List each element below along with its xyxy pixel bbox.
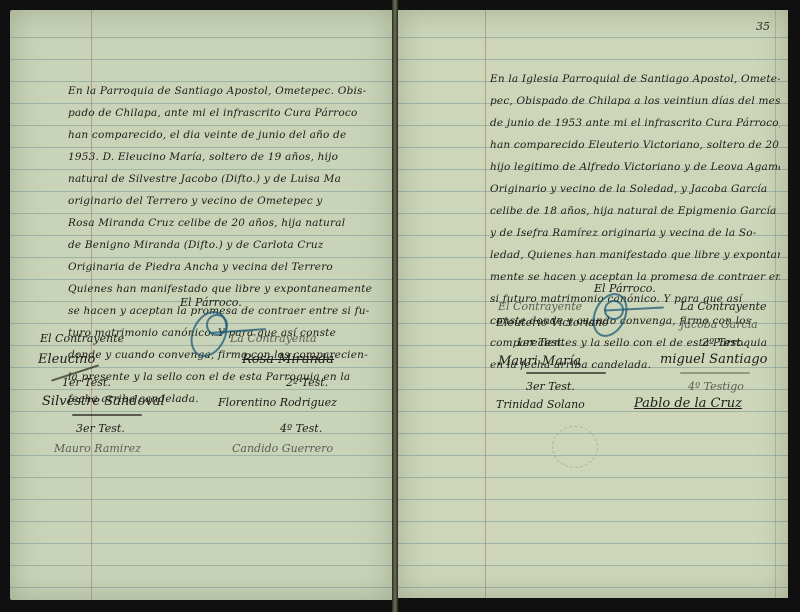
text-line: natural de Silvestre Jacobo (Difto.) y d… xyxy=(68,168,390,190)
margin-line xyxy=(485,10,486,598)
contrayenta-signature: Rosa Miranda xyxy=(242,352,334,367)
signature-flourish xyxy=(526,372,606,374)
text-line: 1953. D. Eleucino María, soltero de 19 a… xyxy=(68,146,390,168)
text-line: han comparecido, el dia veinte de junio … xyxy=(68,124,390,146)
text-line: ledad, Quienes han manifestado que libre… xyxy=(490,244,780,266)
text-line: hijo legitimo de Alfredo Victoriano y de… xyxy=(490,156,780,178)
test3-label: 3er Test. xyxy=(76,422,125,435)
test3-signature: Trinidad Solano xyxy=(496,398,585,411)
test4-label: 4º Testigo xyxy=(688,380,744,393)
test4-signature: Candido Guerrero xyxy=(232,442,333,455)
text-line: En la Iglesia Parroquial de Santiago Apo… xyxy=(490,68,780,90)
text-line: han comparecido Eleuterio Victoriano, so… xyxy=(490,134,780,156)
text-line: pado de Chilapa, ante mi el infrascrito … xyxy=(68,102,390,124)
text-line: pec, Obispado de Chilapa a los veintiun … xyxy=(490,90,780,112)
test2-label: 2º Test. xyxy=(702,336,744,349)
text-line: de Benigno Miranda (Difto.) y de Carlota… xyxy=(68,234,390,256)
text-line: Rosa Miranda Cruz celibe de 20 años, hij… xyxy=(68,212,390,234)
test1-label: 1er Test. xyxy=(516,336,565,349)
page-number: 35 xyxy=(756,20,770,33)
parroco-label: El Párroco. xyxy=(594,282,656,295)
test3-label: 3er Test. xyxy=(526,380,575,393)
contrayenta-label: La Contrayenta xyxy=(230,332,317,345)
text-line: En la Parroquia de Santiago Apostol, Ome… xyxy=(68,80,390,102)
contrayenta-label: La Contrayente xyxy=(680,300,766,313)
contrayenta-signature: Jacoba García xyxy=(680,318,758,331)
test1-signature: Mauri María xyxy=(498,354,581,369)
test2-signature: miguel Santiago xyxy=(660,352,767,367)
text-line: donde y cuando convenga, firmo con los c… xyxy=(68,344,390,366)
test4-label: 4º Test. xyxy=(280,422,322,435)
text-line: y de Isefra Ramírez originaria y vecina … xyxy=(490,222,780,244)
contrayente-signature: Eleuterio Victoriano xyxy=(496,316,608,329)
test1-signature: Silvestre Sandoval xyxy=(42,394,165,409)
left-entry-text: En la Parroquia de Santiago Apostol, Ome… xyxy=(68,80,390,410)
test2-label: 2º Test. xyxy=(286,376,328,389)
test3-signature: Mauro Ramirez xyxy=(54,442,141,455)
contrayente-signature: Eleucino xyxy=(38,352,95,367)
test4-signature: Pablo de la Cruz xyxy=(634,396,742,411)
signature-flourish xyxy=(72,414,142,416)
test1-label: 1er Test. xyxy=(62,376,111,389)
text-line: de junio de 1953 ante mi el infrascrito … xyxy=(490,112,780,134)
left-page: En la Parroquia de Santiago Apostol, Ome… xyxy=(10,10,392,600)
signature-flourish xyxy=(680,372,750,374)
parroco-label: El Párroco. xyxy=(180,296,242,309)
faint-stamp-icon xyxy=(552,426,598,468)
contrayente-label: El Contrayente xyxy=(498,300,582,313)
text-line: originario del Terrero y vecino de Omete… xyxy=(68,190,390,212)
right-page: 35 En la Iglesia Parroquial de Santiago … xyxy=(398,10,788,598)
contrayente-label: El Contrayente xyxy=(40,332,124,345)
text-line: Originario y vecino de la Soledad, y Jac… xyxy=(490,178,780,200)
text-line: Originaria de Piedra Ancha y vecina del … xyxy=(68,256,390,278)
test2-signature: Florentino Rodriguez xyxy=(218,396,337,409)
text-line: celibe de 18 años, hija natural de Epigm… xyxy=(490,200,780,222)
text-line: la presente y la sello con el de esta Pa… xyxy=(68,366,390,388)
